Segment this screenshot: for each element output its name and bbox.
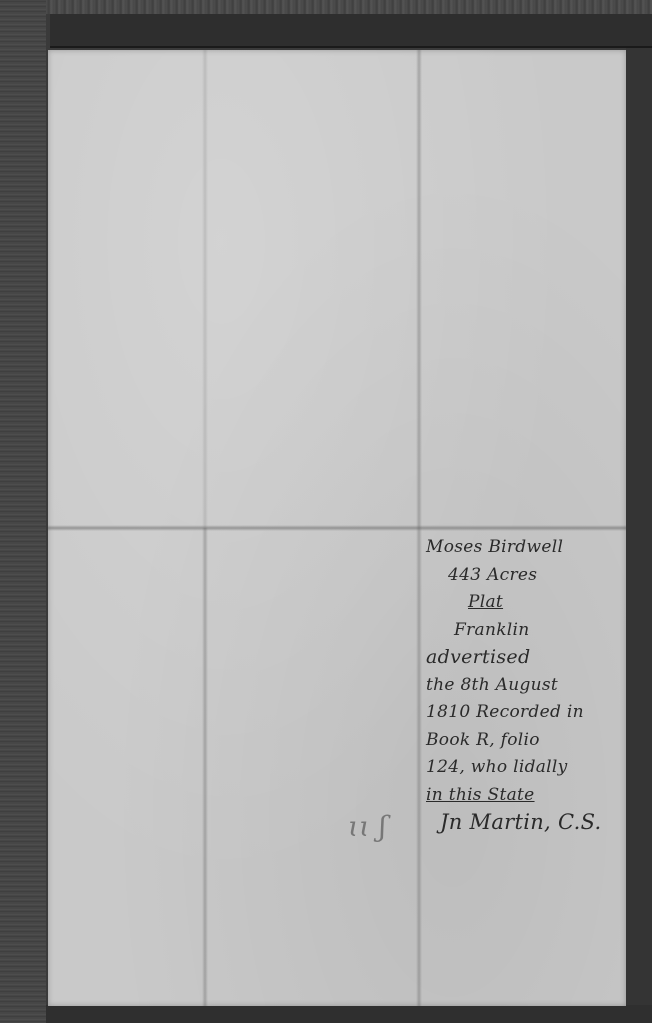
docket-recorded: 1810 Recorded in (426, 699, 616, 727)
marginal-mark: ɩɩ ʃ (348, 810, 386, 843)
scanner-top-border (46, 0, 652, 14)
docket-county: Franklin (426, 617, 616, 645)
vertical-fold-right (416, 50, 422, 1006)
scanner-top-bar (50, 14, 652, 48)
docket-acreage: 443 Acres (426, 562, 616, 590)
docket-book-folio: Book R, folio (426, 727, 616, 755)
horizontal-fold (48, 525, 626, 531)
docket-grantee: Moses Birdwell (426, 534, 616, 562)
manuscript-page: ɩɩ ʃ Moses Birdwell 443 Acres Plat Frank… (48, 50, 626, 1006)
docket-advertised: advertised (426, 644, 616, 672)
docket-folio-number: 124, who lidally (426, 754, 616, 782)
docket-plat: Plat (426, 589, 616, 617)
docket-signature: Jn Martin, C.S. (426, 809, 616, 837)
docket-state: in this State (426, 782, 616, 810)
scanner-left-border (0, 0, 46, 1023)
docket-date: the 8th August (426, 672, 616, 700)
vertical-fold-left (202, 528, 208, 1006)
docket-endorsement: Moses Birdwell 443 Acres Plat Franklin a… (426, 534, 616, 837)
scanner-bottom-border (46, 1005, 652, 1023)
scanner-right-border (626, 48, 652, 1023)
vertical-fold-left-upper (202, 50, 208, 528)
